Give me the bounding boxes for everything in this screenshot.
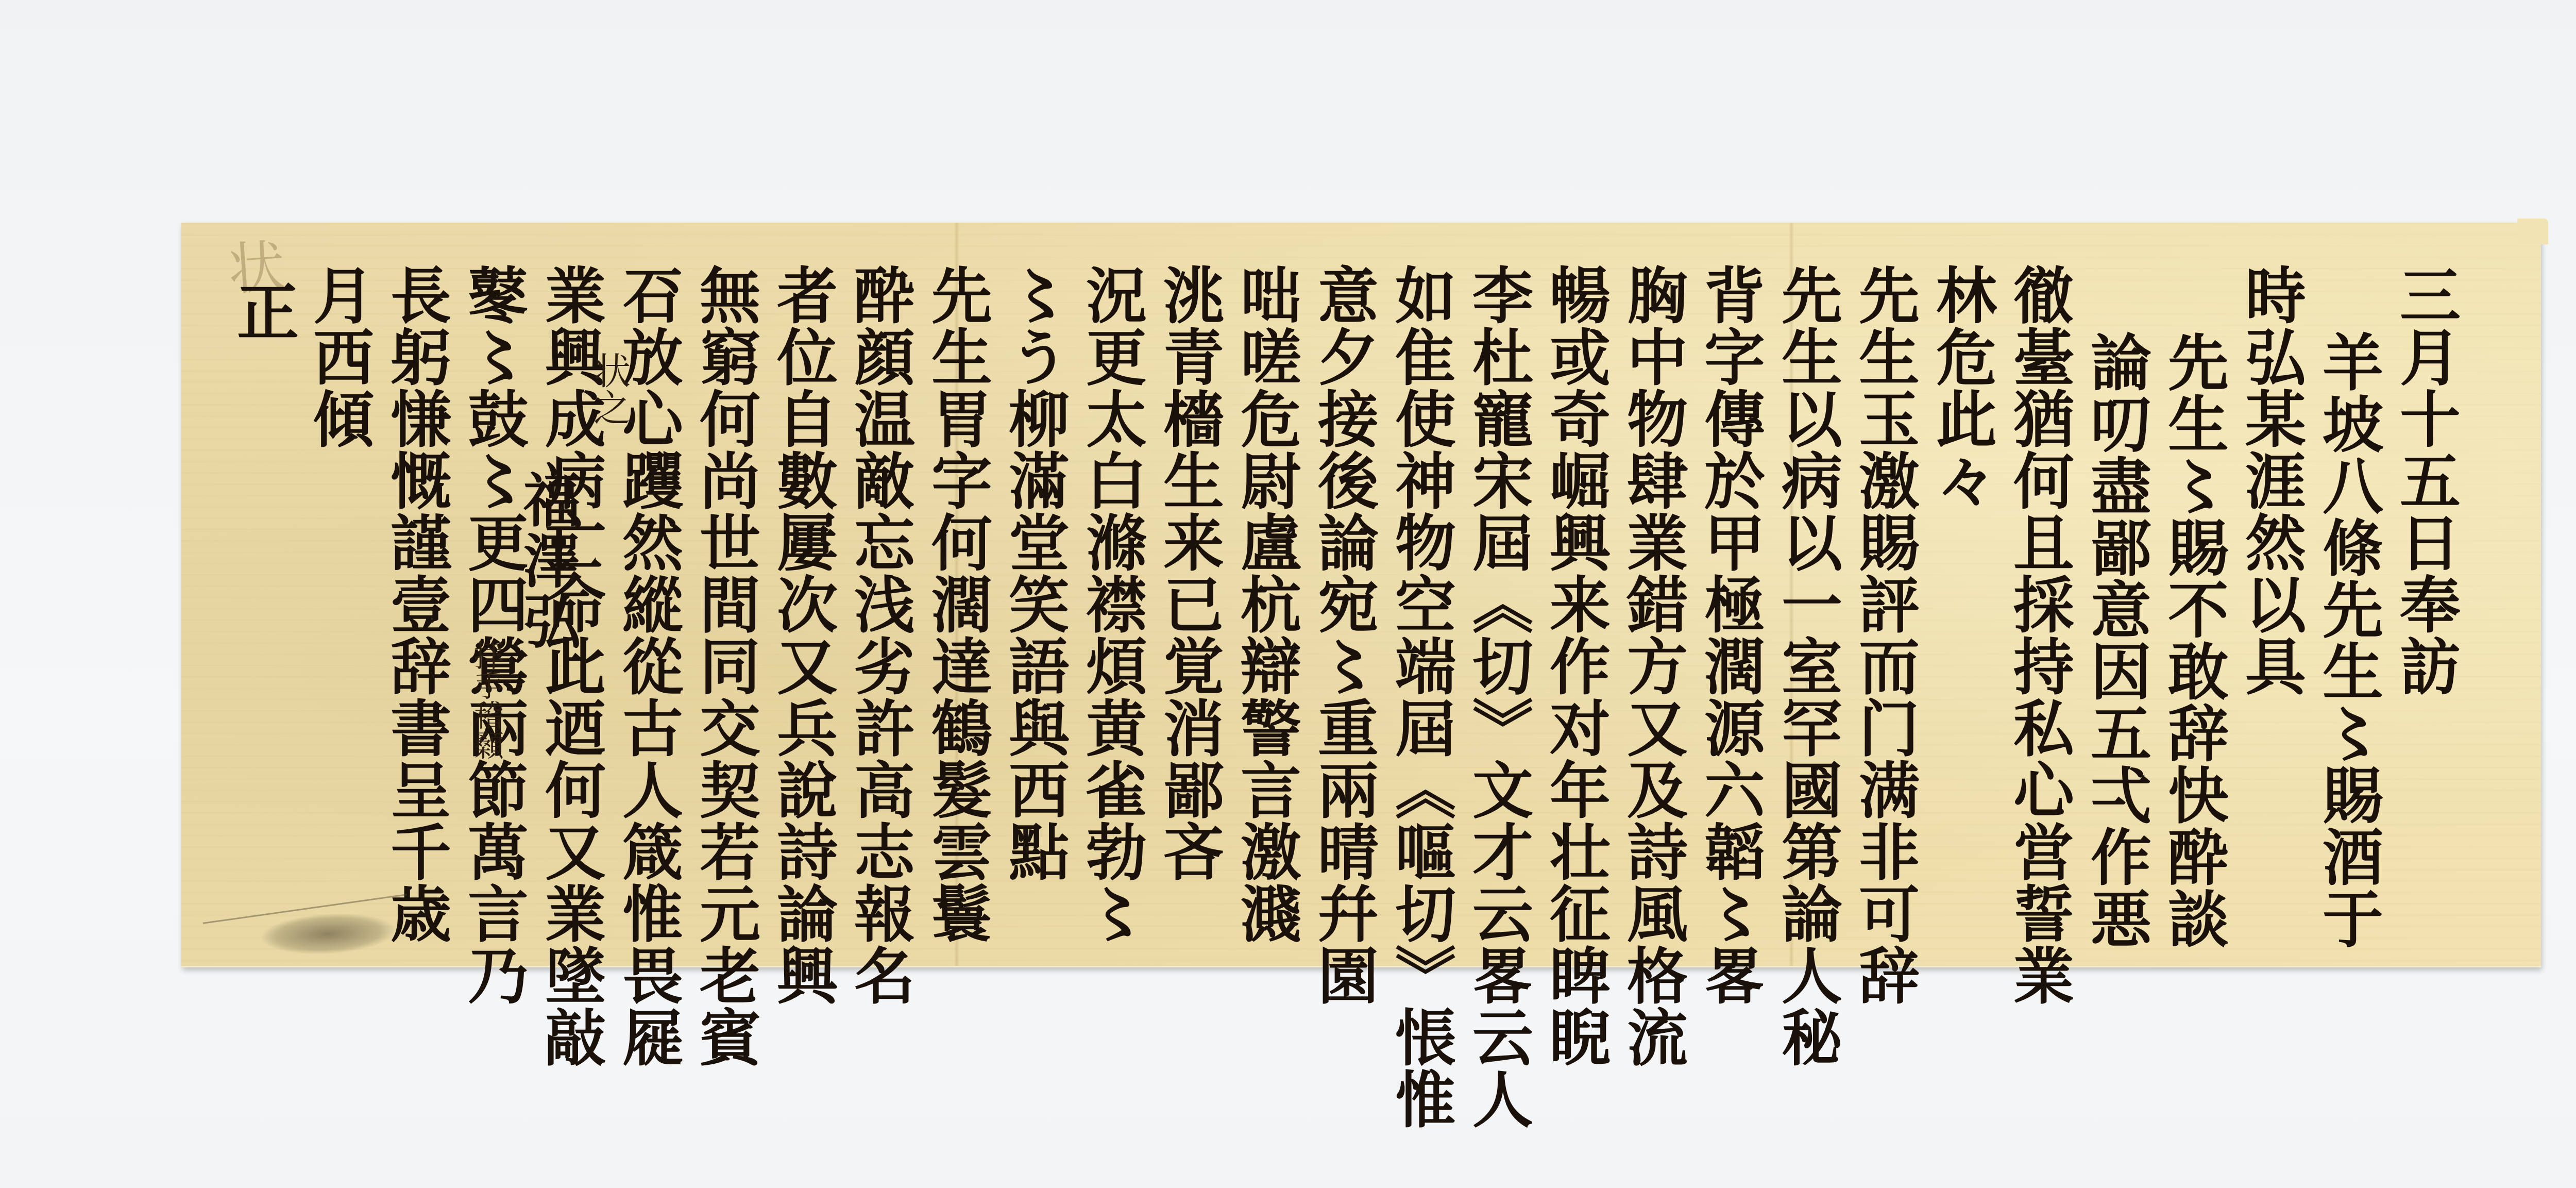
text-column: 先生〻賜不敢辞快酔談 xyxy=(2155,264,2232,949)
text-column: 月西傾 xyxy=(300,264,377,949)
text-column: 羊坡八條先生〻賜酒于 xyxy=(2309,264,2386,949)
text-column: 林危此々 xyxy=(1923,264,2000,949)
text-column: 暢或奇崛興来作对年壮征睥睨 xyxy=(1536,264,1614,949)
text-column: 先生玉激賜評而门满非可辞 xyxy=(1845,264,1923,949)
text-column: 者位自數屢次又兵說詩論興 xyxy=(764,264,841,949)
text-column: 李杜寵宋屆《切》文才云畧云人 xyxy=(1459,264,1536,949)
text-column: 況更太白滌襟煩黄雀勃〻 xyxy=(1073,264,1150,949)
text-column: 如隹使神物空端屆《嘔切》悵惟 xyxy=(1382,264,1459,949)
torn-corner xyxy=(2517,219,2548,244)
text-column: 〻う柳滿堂笑語與西點 xyxy=(995,264,1073,949)
ink-stain xyxy=(249,913,407,955)
text-column: 無窮何尚世間同交契若元老賓 xyxy=(686,264,764,949)
text-column: 洮青檣生来已覚消鄙吝 xyxy=(1150,264,1227,949)
text-column: 背字傳於甲極濶源六韜〻畧 xyxy=(1691,264,1768,949)
text-column: 論叨盡鄙意因五弌作悪 xyxy=(2077,264,2155,949)
author-name: 福澤弘 xyxy=(516,470,578,652)
text-column: 三月十五日奉訪 xyxy=(2386,264,2464,949)
text-column: 意夕接後論宛〻重兩晴幷園 xyxy=(1304,264,1382,949)
text-column: 胸中物肆業錯方又及詩風格流 xyxy=(1614,264,1691,949)
recipient-note: 状之 xyxy=(588,352,630,426)
correction-mark: 正 xyxy=(237,264,299,353)
text-column: 時弘某涯然以具 xyxy=(2232,264,2309,949)
text-column: 酔顔温敵忘浅劣許高志報名 xyxy=(841,264,918,949)
letter-paper: 状 正 三月十五日奉訪 羊坡八條先生〻賜酒于 時弘某涯然以具 先生〻賜不敢辞快酔… xyxy=(181,223,2541,967)
text-column: 徹䑓猶何且採持私心営誓業 xyxy=(2000,264,2077,949)
text-column: 咄嗟危尉盧杭辯警言激濺 xyxy=(1227,264,1304,949)
closing-salutation: 拝手稽顙 xyxy=(470,640,503,760)
signature-block: 状之 福澤弘 拝手稽顙 xyxy=(403,352,635,944)
text-column: 先生以病以一室罕國第論人秘 xyxy=(1768,264,1845,949)
text-column: 先生胃字何濶達鶴髮雲鬟 xyxy=(918,264,995,949)
